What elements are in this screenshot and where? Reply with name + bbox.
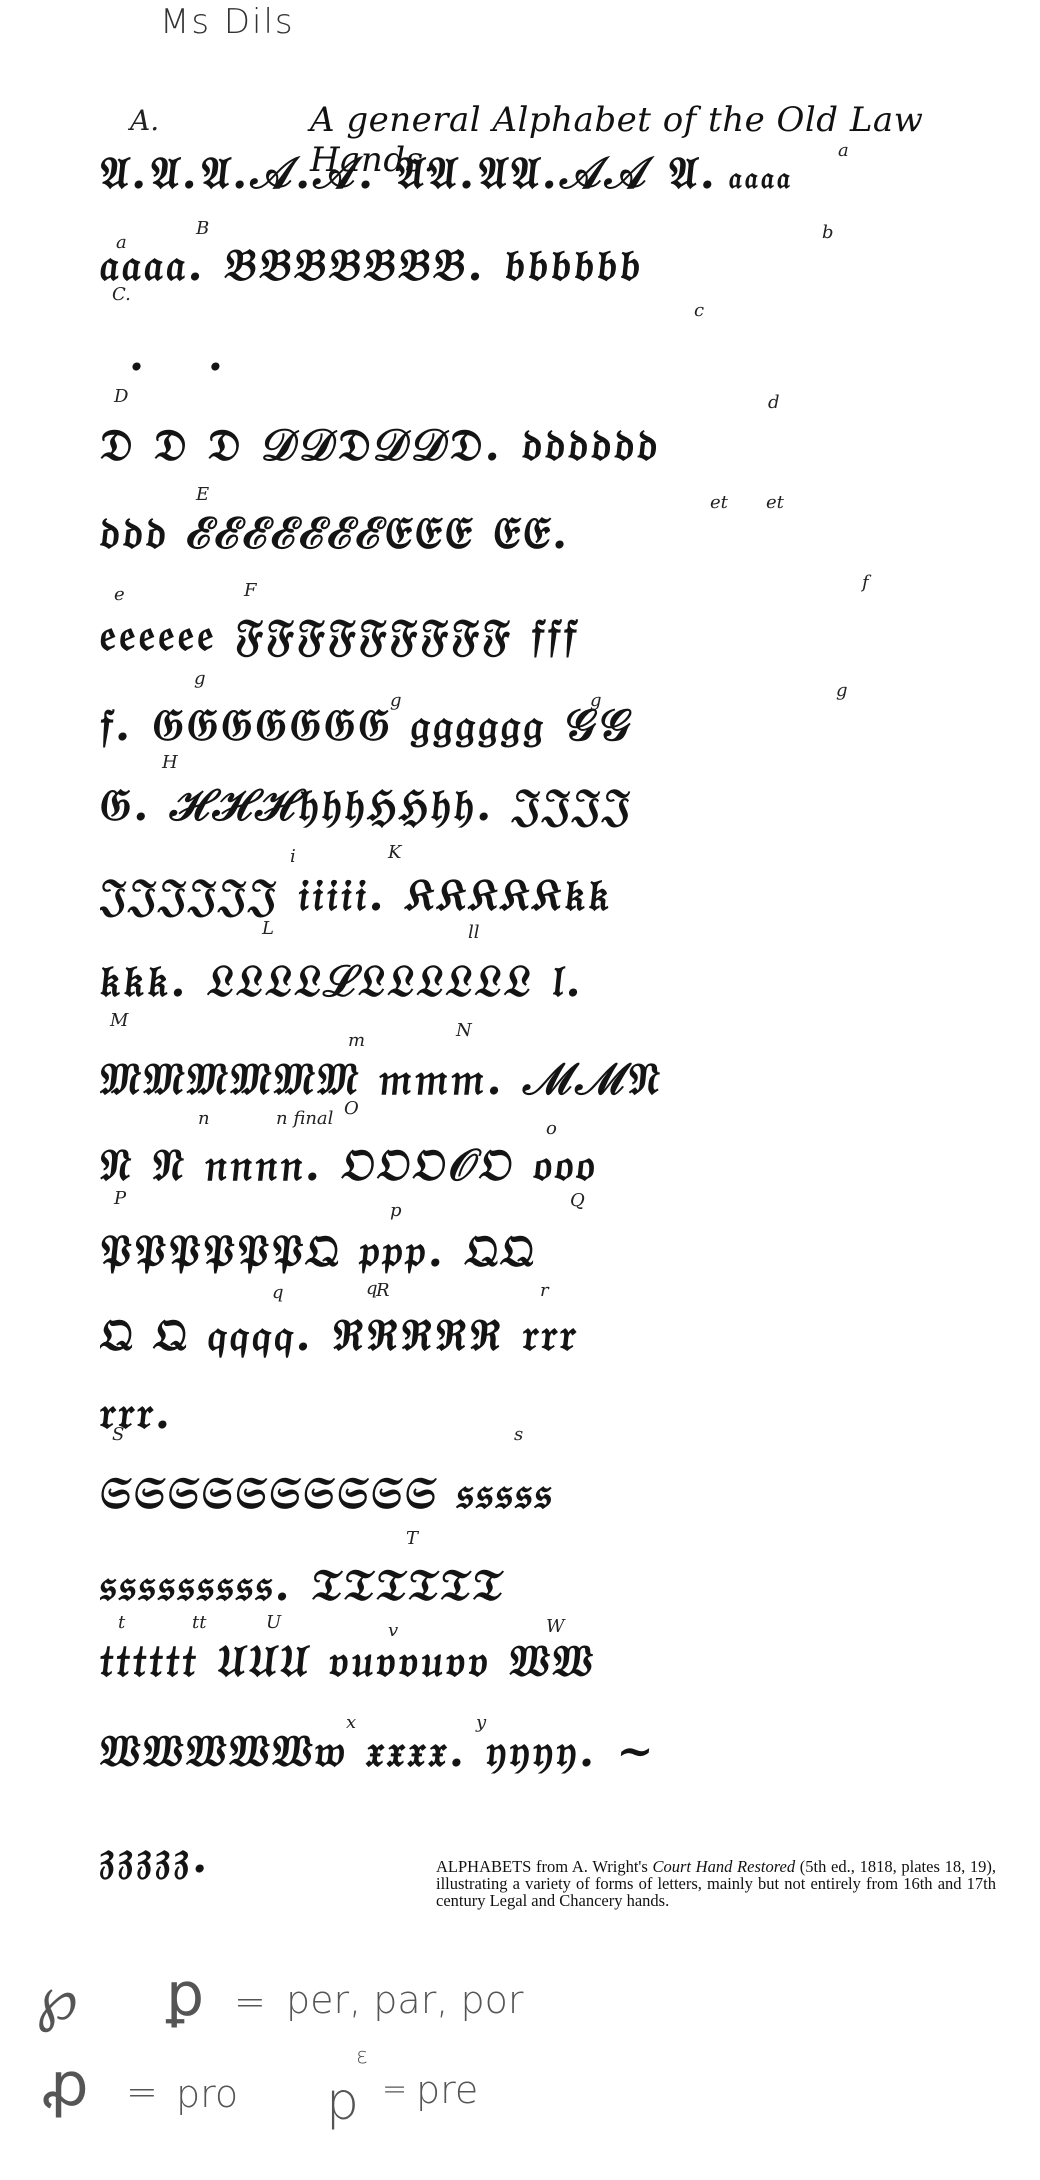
letter-label: N: [456, 1020, 472, 1041]
letterform-glyphs: 𝔖𝔖𝔖𝔖𝔖𝔖𝔖𝔖𝔖𝔖 𝔰𝔰𝔰𝔰𝔰: [100, 1468, 557, 1519]
letterform-glyphs-tail: 𝔞𝔞𝔞𝔞: [727, 161, 795, 196]
letter-label: t: [118, 1612, 125, 1633]
letterform-glyphs: 𝔐𝔐𝔐𝔐𝔐𝔐 𝔪𝔪𝔪. ℳℳ𝔑: [100, 1054, 666, 1105]
letter-label: y: [476, 1712, 486, 1733]
pre-symbol: p: [326, 2072, 359, 2132]
letter-label: f: [862, 572, 869, 593]
letter-label: F: [244, 580, 257, 601]
alphabet-row-row-N-O: 𝔑 𝔑 𝔫𝔫𝔫𝔫. 𝔒𝔒𝔒𝒪𝔒 𝔬𝔬𝔬: [100, 1140, 980, 1191]
letter-label: g: [194, 668, 206, 689]
letter-label: tt: [192, 1612, 206, 1633]
alphabet-row-row-r: 𝔯𝔯𝔯.: [100, 1388, 980, 1439]
letter-label: g: [390, 690, 402, 711]
letter-label: B: [196, 218, 209, 239]
letter-label: n: [198, 1108, 210, 1129]
pre-superscript: ε: [356, 2044, 368, 2069]
letter-label: P: [114, 1188, 126, 1209]
letterform-glyphs: 𝔓𝔓𝔓𝔓𝔓𝔓𝔔 𝔭𝔭𝔭. 𝔔𝔔: [100, 1226, 539, 1277]
letter-label: m: [348, 1030, 365, 1051]
alphabet-row-row-M-N: 𝔐𝔐𝔐𝔐𝔐𝔐 𝔪𝔪𝔪. ℳℳ𝔑: [100, 1054, 980, 1105]
alphabet-row-row-D-d: 𝔇 𝔇 𝔇 𝒟𝒟𝔇𝒟𝒟𝔇. 𝔡𝔡𝔡𝔡𝔡𝔡: [100, 420, 980, 471]
letter-label: H: [162, 752, 178, 773]
letterform-glyphs: 𝔱𝔱𝔱𝔱𝔱𝔱 𝔘𝔘𝔘 𝔳𝔲𝔳𝔳𝔲𝔳𝔳 𝔚𝔚: [100, 1636, 598, 1687]
letter-label: R: [376, 1280, 390, 1301]
equals-sign: =: [126, 2070, 158, 2114]
letter-label: Q: [570, 1190, 585, 1211]
letter-label: c: [694, 300, 704, 321]
per-symbol-variant-b: ꝑ: [166, 1960, 204, 2030]
letterform-glyphs: 𝔰𝔰𝔰𝔰𝔰𝔰𝔰𝔰𝔰. 𝔗𝔗𝔗𝔗𝔗𝔗: [100, 1560, 508, 1611]
alphabet-row-row-G-H: 𝔊. ℋℋℋ𝔥𝔥𝔥ℌℌ𝔥𝔥. 𝔍𝔍𝔍𝔍: [100, 780, 980, 831]
letter-label: C.: [112, 284, 131, 305]
letter-label: a: [838, 140, 849, 161]
alphabet-row-row-f-G: 𝔣. 𝔊𝔊𝔊𝔊𝔊𝔊𝔊 𝔤𝔤𝔤𝔤𝔤𝔤 𝒢𝒢: [100, 700, 980, 751]
letterform-glyphs: 𝒞𝒪𝒞𝒞𝒞𝔆𝒞𝒞𝔆𝔆. 𝔠𝔠𝔠𝔠𝔠𝔠𝔠 𝔠.: [100, 330, 230, 381]
handwritten-header: Ms Dils: [160, 2, 295, 42]
letter-label: n final: [276, 1108, 333, 1129]
alphabet-row-row-I-K: 𝔍𝔍𝔍𝔍𝔍𝔍 𝔦𝔦𝔦𝔦𝔦. 𝔎𝔎𝔎𝔎𝔎𝔨𝔨: [100, 870, 980, 921]
letter-label: o: [546, 1118, 557, 1139]
letterform-glyphs: 𝔡𝔡𝔡 ℰℰℰℰℰℰℰ𝔈𝔈𝔈 𝔈𝔈.: [100, 508, 574, 559]
alphabet-row-row-d-E: 𝔡𝔡𝔡 ℰℰℰℰℰℰℰ𝔈𝔈𝔈 𝔈𝔈.: [100, 508, 980, 559]
letter-label: r: [540, 1280, 549, 1301]
letter-label: ll: [468, 922, 480, 943]
letterform-glyphs: 𝔚𝔚𝔚𝔚𝔚𝔴 𝔵𝔵𝔵𝔵. 𝔶𝔶𝔶𝔶. ~: [100, 1726, 659, 1777]
letter-label: L: [262, 918, 274, 939]
alphabet-row-row-C-c: 𝒞𝒪𝒞𝒞𝒞𝔆𝒞𝒞𝔆𝔆. 𝔠𝔠𝔠𝔠𝔠𝔠𝔠 𝔠.: [100, 330, 980, 381]
letterform-glyphs: 𝔍𝔍𝔍𝔍𝔍𝔍 𝔦𝔦𝔦𝔦𝔦. 𝔎𝔎𝔎𝔎𝔎𝔨𝔨: [100, 870, 615, 921]
letterform-glyphs: 𝔣. 𝔊𝔊𝔊𝔊𝔊𝔊𝔊 𝔤𝔤𝔤𝔤𝔤𝔤 𝒢𝒢: [100, 700, 636, 751]
letterform-glyphs: 𝔷𝔷𝔷𝔷𝔷.: [100, 1832, 214, 1883]
alphabet-row-row-S-s: 𝔖𝔖𝔖𝔖𝔖𝔖𝔖𝔖𝔖𝔖 𝔰𝔰𝔰𝔰𝔰: [100, 1468, 980, 1519]
letter-label: g: [836, 680, 848, 701]
letterform-glyphs: 𝔑 𝔑 𝔫𝔫𝔫𝔫. 𝔒𝔒𝔒𝒪𝔒 𝔬𝔬𝔬: [100, 1140, 601, 1191]
letter-label: i: [290, 846, 296, 867]
handwritten-notes: ℘ ꝑ = per, par, por ꝓ = pro p ε = pre: [36, 1960, 636, 2160]
letter-label: s: [514, 1424, 523, 1445]
letter-label: M: [110, 1010, 128, 1031]
alphabet-row-row-t-V-W: 𝔱𝔱𝔱𝔱𝔱𝔱 𝔘𝔘𝔘 𝔳𝔲𝔳𝔳𝔲𝔳𝔳 𝔚𝔚: [100, 1636, 980, 1687]
letter-label: D: [114, 386, 128, 407]
per-meaning: per, par, por: [286, 1978, 523, 2022]
letterform-glyphs: 𝔊. ℋℋℋ𝔥𝔥𝔥ℌℌ𝔥𝔥. 𝔍𝔍𝔍𝔍: [100, 780, 636, 831]
letter-label: U: [266, 1612, 281, 1633]
letter-label: e: [114, 584, 125, 605]
letter-label: W: [546, 1616, 565, 1637]
letter-label: g: [590, 690, 602, 711]
letter-label: q: [272, 1282, 284, 1303]
letter-label: et: [766, 492, 784, 513]
letterform-glyphs: 𝔇 𝔇 𝔇 𝒟𝒟𝔇𝒟𝒟𝔇. 𝔡𝔡𝔡𝔡𝔡𝔡: [100, 420, 663, 471]
letter-label: K: [388, 842, 401, 863]
letter-label: d: [768, 392, 780, 413]
letter-label: O: [344, 1098, 359, 1119]
letterform-glyphs: 𝔔 𝔔 𝔮𝔮𝔮𝔮. ℜℜℜℜℜ 𝔯𝔯𝔯: [100, 1310, 581, 1361]
letter-label: b: [822, 222, 834, 243]
letter-label: v: [388, 1620, 398, 1641]
letter-label: E: [196, 484, 209, 505]
alphabet-row-row-W-X-Y: 𝔚𝔚𝔚𝔚𝔚𝔴 𝔵𝔵𝔵𝔵. 𝔶𝔶𝔶𝔶. ~: [100, 1726, 980, 1777]
letterform-glyphs: 𝔄.𝔄.𝔄.𝒜.𝒜. 𝔄𝔄.𝔄𝔄.𝒜𝒜 𝔄.: [100, 148, 722, 199]
letterform-glyphs: 𝔨𝔨𝔨. 𝔏𝔏𝔏𝔏ℒ𝔏𝔏𝔏𝔏𝔏𝔏 𝔩.: [100, 956, 588, 1007]
letter-label: et: [710, 492, 728, 513]
alphabet-row-row-s-T: 𝔰𝔰𝔰𝔰𝔰𝔰𝔰𝔰𝔰. 𝔗𝔗𝔗𝔗𝔗𝔗: [100, 1560, 980, 1611]
letter-label: a: [116, 232, 127, 253]
equals-sign: =: [382, 2072, 407, 2107]
figure-caption: ALPHABETS from A. Wright's Court Hand Re…: [436, 1858, 996, 1909]
alphabet-row-row-P-Q: 𝔓𝔓𝔓𝔓𝔓𝔓𝔔 𝔭𝔭𝔭. 𝔔𝔔: [100, 1226, 980, 1277]
letterform-glyphs: 𝔢𝔢𝔢𝔢𝔢𝔢 𝔉𝔉𝔉𝔉𝔉𝔉𝔉𝔉𝔉 𝔣𝔣𝔣: [100, 610, 582, 661]
equals-sign: =: [234, 1980, 266, 2024]
alphabet-row-row-Q-R: 𝔔 𝔔 𝔮𝔮𝔮𝔮. ℜℜℜℜℜ 𝔯𝔯𝔯: [100, 1310, 980, 1361]
alphabet-row-row-e-F: 𝔢𝔢𝔢𝔢𝔢𝔢 𝔉𝔉𝔉𝔉𝔉𝔉𝔉𝔉𝔉 𝔣𝔣𝔣: [100, 610, 980, 661]
letter-label: T: [406, 1528, 418, 1549]
letter-label: p: [390, 1200, 402, 1221]
alphabet-row-row-a-B: 𝔞𝔞𝔞𝔞. 𝔅𝔅𝔅𝔅𝔅𝔅𝔅. 𝔟𝔟𝔟𝔟𝔟𝔟: [100, 240, 980, 291]
section-label: A.: [130, 104, 159, 137]
per-symbol-variant-a: ℘: [36, 1964, 78, 2034]
pro-meaning: pro: [176, 2072, 238, 2116]
pro-symbol: ꝓ: [42, 2050, 88, 2120]
letter-label: x: [346, 1712, 356, 1733]
letterform-glyphs: 𝔞𝔞𝔞𝔞. 𝔅𝔅𝔅𝔅𝔅𝔅𝔅. 𝔟𝔟𝔟𝔟𝔟𝔟: [100, 240, 646, 291]
alphabet-row-row-k-L: 𝔨𝔨𝔨. 𝔏𝔏𝔏𝔏ℒ𝔏𝔏𝔏𝔏𝔏𝔏 𝔩.: [100, 956, 980, 1007]
letter-label: S: [112, 1424, 124, 1445]
pre-meaning: pre: [416, 2068, 478, 2112]
